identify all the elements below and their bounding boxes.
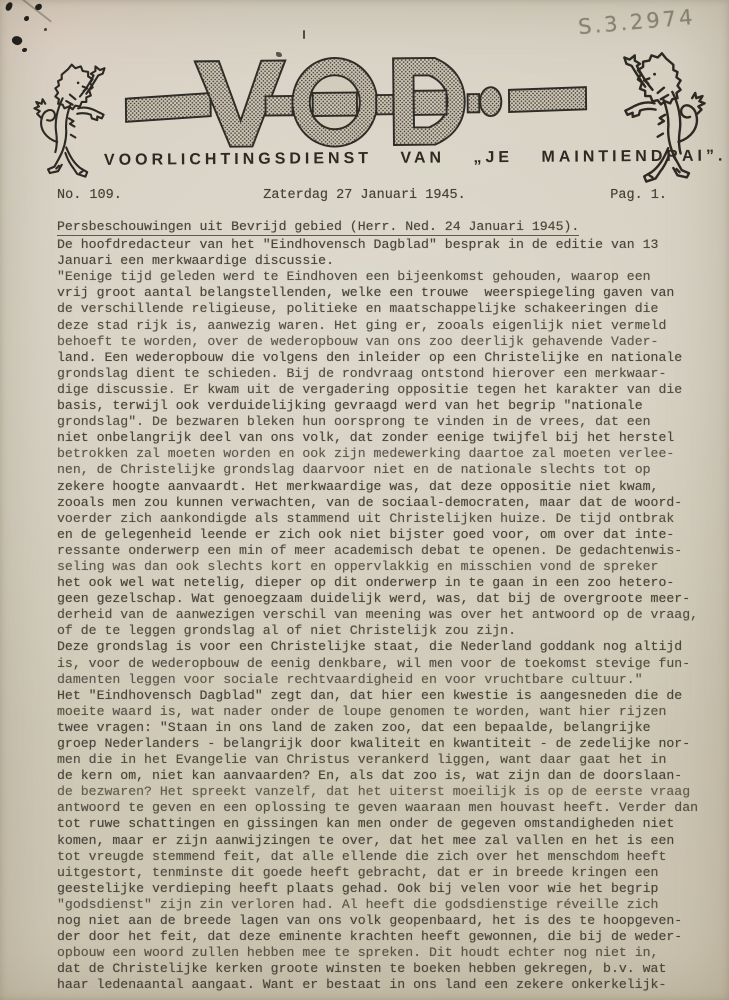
body-text-line: men die in het Evangelie van Christus ve… — [57, 752, 725, 768]
body-text-line: damenten leggen voor sociale rechtvaardi… — [57, 672, 725, 688]
logo-bar-right — [509, 87, 586, 112]
body-text-line: der door het feit, dat deze eminente kra… — [57, 929, 725, 945]
logo-bar-od — [376, 95, 394, 114]
body-text-line: geestelijke verdieping heeft plaats geha… — [57, 881, 725, 897]
ink-stain — [44, 28, 47, 31]
body-text-line: tot vreugde stemmend feit, dat alle elle… — [57, 849, 725, 865]
body-text-line: haar ledenaantal aangaat. Want er bestaa… — [57, 977, 725, 993]
body-text-line: basis, terwijl ook verduidelijking gevra… — [57, 398, 725, 414]
handwritten-archive-number: S.3.2974 — [577, 5, 696, 39]
vod-logo — [124, 53, 588, 155]
heraldic-lion-left — [28, 52, 110, 192]
body-text-line: De hoofdredacteur van het "Eindhovensch … — [57, 237, 725, 253]
body-text-line: betrokken zal moeten worden en ook zijn … — [57, 446, 725, 462]
logo-bar-left — [126, 93, 211, 122]
body-text-line: moeite waard is, wat nader onder de loup… — [57, 704, 725, 720]
masthead-subtitle: VOORLICHTINGSDIENST VAN „JE MAINTIENDRAI… — [104, 148, 634, 170]
body-text-line: seling was dan ook slechts kort en opper… — [57, 559, 725, 575]
body-text-line: grondslag". De bezwaren bleken hun oorsp… — [57, 414, 725, 430]
body-text-line: de bezwaren? Het spreekt vanzelf, dat he… — [57, 784, 725, 800]
body-text-line: niet onbelangrijk deel van ons volk, dat… — [57, 430, 725, 446]
body-text-line: "godsdienst" zijn zin verloren had. Al h… — [57, 897, 725, 913]
body-text-line: de kern om, niet kan aanvaarden? En, als… — [57, 768, 725, 784]
body-text-line: vrij groot aantal belangstellenden, welk… — [57, 285, 725, 301]
body-text-line: groep Nederlanders - belangrijk door kwa… — [57, 736, 725, 752]
body-text-line: ressante onderwerp een min of meer acade… — [57, 543, 725, 559]
body-text-line: derheid van de aanwezigen verschil van m… — [57, 607, 725, 623]
body-text-line: voerder zich aankondigde als stammend ui… — [57, 511, 725, 527]
body-text-line: zekere hoogte aanvaardt. Het merkwaardig… — [57, 479, 725, 495]
body-text-line: land. Een wederopbouw die volgens den in… — [57, 350, 725, 366]
body-text-line: deze stad rijk is, aanwezig waren. Het g… — [57, 318, 725, 334]
article-text: De hoofdredacteur van het "Eindhovensch … — [57, 237, 725, 993]
body-text-line: "Eenige tijd geleden werd te Eindhoven e… — [57, 269, 725, 285]
body-text-line: nen, de Christelijke grondslag daarvoor … — [57, 462, 725, 478]
body-text-line: dat de Christelijke kerken groote winste… — [57, 961, 725, 977]
page-number: Pag. 1. — [610, 188, 667, 203]
issue-info-row: No. 109. Zaterdag 27 Januari 1945. Pag. … — [0, 188, 729, 206]
body-text-line: het ook wel wat netelig, dieper op dit o… — [57, 575, 725, 591]
ink-stain — [303, 30, 305, 39]
article-body: Persbeschouwingen uit Bevrijd gebied (He… — [57, 219, 725, 994]
body-text-line: Het "Eindhovensch Dagblad" zegt dan, dat… — [57, 688, 725, 704]
heraldic-lion-right — [609, 46, 721, 192]
ink-stain — [10, 34, 23, 47]
logo-bar-vo — [265, 96, 292, 116]
body-text-line: is, voor de wederopbouw de eenig denkbar… — [57, 656, 725, 672]
body-text-line: de verschillende religieuse, politieke e… — [57, 301, 725, 317]
body-text-line: Deze grondslag is voor een Christelijke … — [57, 639, 725, 655]
body-text-line: Januari een merkwaardige discussie. — [57, 253, 725, 269]
body-text-line: komen, maar er zijn aanwijzingen te over… — [57, 833, 725, 849]
ink-stain — [22, 48, 27, 52]
document-page: S.3.2974 — [0, 0, 729, 1000]
article-title: Persbeschouwingen uit Bevrijd gebied (He… — [57, 219, 579, 236]
ink-stain — [5, 1, 14, 12]
logo-bar-d-dot — [468, 94, 480, 112]
body-text-line: dige discussie. Er kwam uit de vergaderi… — [57, 382, 725, 398]
ink-stain — [24, 16, 29, 21]
body-text-line: uitgestort, tenminste dit goede heeft ge… — [57, 865, 725, 881]
body-text-line: en de gelegenheid leende er zich ook nie… — [57, 527, 725, 543]
body-text-line: behoeft te worden, over de wederopbouw v… — [57, 334, 725, 350]
body-text-line: antwoord te geven en een oplossing te ge… — [57, 800, 725, 816]
body-text-line: twee vragen: "Staan in ons land de zaken… — [57, 720, 725, 736]
body-text-line: tot ruwe schattingen en gissingen kan me… — [57, 816, 725, 832]
logo-dot — [480, 87, 501, 116]
body-text-line: geen gezelschap. Wat genoegzaam duidelij… — [57, 591, 725, 607]
body-text-line: of de te leggen grondslag al of niet Chr… — [57, 623, 725, 639]
body-text-line: zooals men zou kunnen verwachten, van de… — [57, 495, 725, 511]
body-text-line: nog niet aan de breede lagen van ons vol… — [57, 913, 725, 929]
body-text-line: grondslag dient te schieden. Bij de rond… — [57, 366, 725, 382]
body-text-line: opbouw een woord zullen hebben mee te sp… — [57, 945, 725, 961]
